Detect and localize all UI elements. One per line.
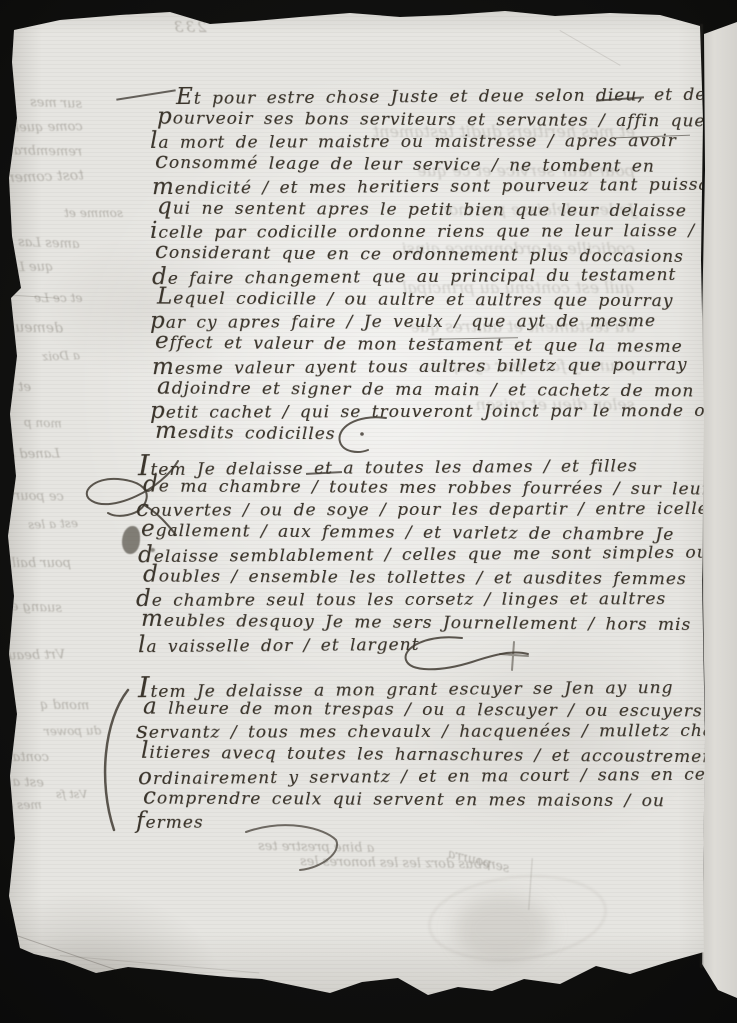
handwritten-line: qui ne sentent apres le petit bien que l… xyxy=(157,195,702,220)
handwritten-line: mesme valeur ayent tous aultres billetz … xyxy=(152,352,702,379)
margin-bleedthrough: contain xyxy=(0,750,49,765)
handwritten-line: icelle par codicille ordonne riens que n… xyxy=(150,218,702,242)
margin-bleedthrough: suang es xyxy=(4,599,62,616)
corner-crease xyxy=(2,930,121,972)
margin-bleedthrough: pour baille xyxy=(0,556,71,571)
handwritten-line: pourveoir ses bons serviteurs et servant… xyxy=(157,105,702,130)
margin-bleedthrough: tost coment xyxy=(0,168,84,187)
margin-bleedthrough: que Lou xyxy=(0,260,53,276)
handwritten-line: doubles / ensemble les tollettes / et au… xyxy=(143,563,702,588)
margin-bleedthrough: somme et xyxy=(64,206,123,220)
margin-bleedthrough: du power xyxy=(44,724,101,739)
handwritten-line: mesdits codicilles xyxy=(155,419,702,446)
paper-smudge xyxy=(455,895,550,963)
handwritten-line: Lequel codicille / ou aultre et aultres … xyxy=(157,285,702,310)
handwritten-line: par cy apres faire / Je veulx / que ayt … xyxy=(150,308,702,332)
margin-bleedthrough: sur mes xyxy=(30,95,83,112)
top-wrinkle xyxy=(560,30,621,66)
corner-crease-faint xyxy=(60,955,259,973)
margin-bleedthrough: mon p xyxy=(24,415,62,430)
margin-bleedthrough: mond q xyxy=(40,698,90,714)
handwritten-line: Et pour estre chose Juste et deue selon … xyxy=(176,82,702,109)
handwritten-line: couvertes / ou de soye / pour les depart… xyxy=(136,496,702,520)
handwritten-line: adjoindre et signer de ma main / et cach… xyxy=(157,375,702,400)
margin-bleedthrough: mes es xyxy=(0,798,42,813)
handwritten-line: fermes xyxy=(136,808,702,832)
handwritten-line: la vaisselle dor / et largent xyxy=(138,630,702,657)
handwritten-line: ordinairement y servantz / et en ma cour… xyxy=(138,762,702,789)
margin-bleedthrough: a Doiz xyxy=(42,348,80,363)
paragraph-preamble: Et pour estre chose Juste et deue selon … xyxy=(150,84,702,444)
margin-bleedthrough: Vrt beau xyxy=(8,648,65,664)
margin-bleedthrough: Laned ay xyxy=(0,446,60,462)
handwritten-line: Item Je delaisse a mon grant escuyer se … xyxy=(138,672,702,699)
margin-bleedthrough: est a les xyxy=(28,516,78,532)
handwritten-line: servantz / tous mes chevaulx / hacquenée… xyxy=(136,718,702,742)
margin-bleedthrough: ce pourra xyxy=(0,488,64,504)
handwritten-line: de ma chambre / toutes mes robbes fourré… xyxy=(143,473,702,498)
margin-bleedthrough: Vst fs xyxy=(56,788,87,801)
handwritten-line: a lheure de mon trespas / ou a lescuyer … xyxy=(143,695,702,720)
margin-bleedthrough: remembrant xyxy=(0,143,82,159)
handwritten-line: de faire changement que au principal du … xyxy=(152,262,702,289)
folio-number-bleedthrough: 233 xyxy=(172,18,207,36)
margin-bleedthrough: come quelz xyxy=(8,119,83,135)
paragraph-item-chamber: Item Je delaisse et a toutes les dames /… xyxy=(136,452,702,655)
handwritten-line: Item Je delaisse et a toutes les dames /… xyxy=(138,450,702,477)
margin-bleedthrough: et sy xyxy=(0,380,31,395)
margin-bleedthrough: est a b xyxy=(0,774,44,791)
manuscript-page: 233 et mes heritiers dudit testament pou… xyxy=(0,0,737,1023)
handwritten-line: mendicité / et mes heritiers sont pourve… xyxy=(152,172,702,199)
paragraph-item-stable: Item Je delaisse a mon grant escuyer se … xyxy=(136,674,702,832)
handwritten-line: comprendre ceulx qui servent en mes mais… xyxy=(143,785,702,810)
margin-bleedthrough: ames Las xyxy=(18,235,80,252)
handwritten-line: petit cachet / qui se trouveront Joinct … xyxy=(150,398,702,422)
handwritten-line: delaisse semblablement / celles que me s… xyxy=(138,540,702,567)
handwritten-line: la mort de leur maistre ou maistresse / … xyxy=(150,128,702,152)
initial-descender-flourish xyxy=(94,686,134,836)
handwritten-line: de chambre seul tous les corsetz / linge… xyxy=(136,586,702,610)
manuscript-scan: 233 et mes heritiers dudit testament pou… xyxy=(0,0,737,1023)
margin-bleedthrough: demeurl xyxy=(4,319,63,336)
